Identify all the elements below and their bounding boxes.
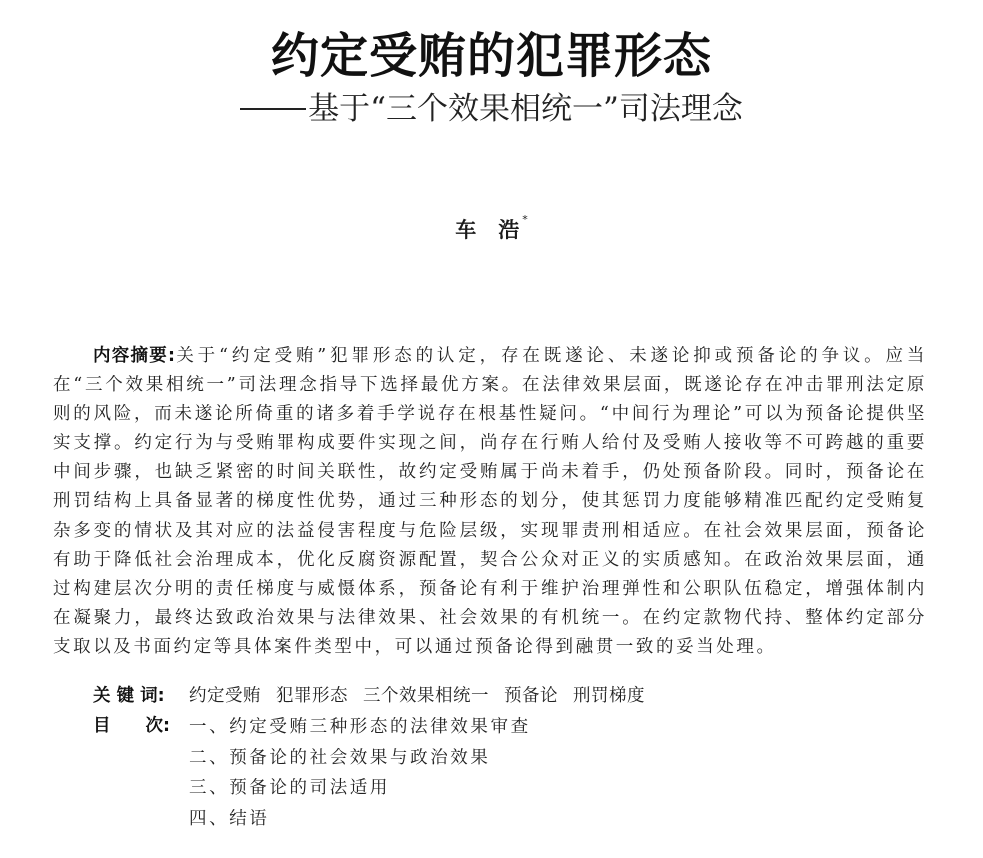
keywords-row: 关 键 词:约定受贿犯罪形态三个效果相统一预备论刑罚梯度 bbox=[93, 682, 660, 711]
toc-label: 目 次: bbox=[93, 712, 189, 741]
toc-item[interactable]: 三、预备论的司法适用 bbox=[189, 773, 531, 804]
keyword-item: 三个效果相统一 bbox=[363, 682, 489, 711]
keyword-item: 刑罚梯度 bbox=[573, 682, 645, 711]
toc-item[interactable]: 一、约定受贿三种形态的法律效果审查 bbox=[189, 712, 531, 743]
author-byline: 车浩* bbox=[0, 212, 983, 244]
table-of-contents: 一、约定受贿三种形态的法律效果审查 二、预备论的社会效果与政治效果 三、预备论的… bbox=[189, 712, 531, 834]
toc-item[interactable]: 二、预备论的社会效果与政治效果 bbox=[189, 743, 531, 774]
article-title: 约定受贿的犯罪形态 bbox=[0, 28, 983, 84]
keyword-item: 约定受贿 bbox=[189, 682, 261, 711]
keywords-label: 关 键 词: bbox=[93, 682, 189, 711]
toc-item[interactable]: 四、结语 bbox=[189, 804, 531, 835]
keyword-item: 预备论 bbox=[504, 682, 558, 711]
subtitle-dash bbox=[240, 108, 306, 110]
article-subtitle: 基于“三个效果相统一”司法理念 bbox=[0, 88, 983, 130]
toc-label-row: 目 次: bbox=[93, 712, 189, 741]
author-given-name: 浩 bbox=[498, 218, 519, 242]
keyword-item: 犯罪形态 bbox=[276, 682, 348, 711]
abstract: 内容摘要:关于“约定受贿”犯罪形态的认定，存在既遂论、未遂论抑或预备论的争议。应… bbox=[53, 342, 927, 662]
abstract-label: 内容摘要: bbox=[93, 346, 175, 366]
abstract-text: 关于“约定受贿”犯罪形态的认定，存在既遂论、未遂论抑或预备论的争议。应当在“三个… bbox=[53, 346, 927, 657]
author-surname: 车 bbox=[455, 218, 476, 242]
author-footnote-mark[interactable]: * bbox=[522, 213, 528, 226]
subtitle-text: 基于“三个效果相统一”司法理念 bbox=[308, 91, 743, 127]
